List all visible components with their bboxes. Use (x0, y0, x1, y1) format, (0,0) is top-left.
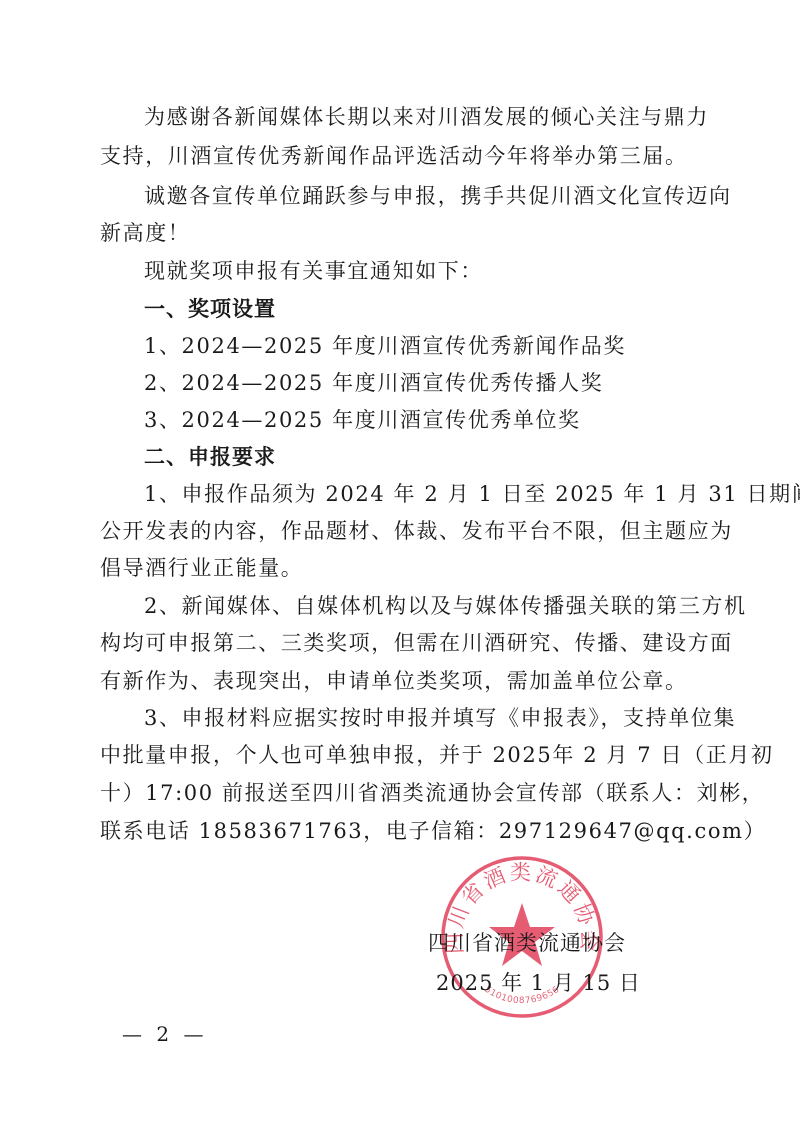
requirement-line: 3、申报材料应据实按时申报并填写《申报表》，支持单位集 (144, 705, 744, 731)
paragraph-notice-line: 现就奖项申报有关事宜通知如下： (144, 258, 744, 284)
signature-date: 2025 年 1 月 15 日 (436, 970, 641, 996)
signature-organization: 四川省酒类流通协会 (428, 930, 626, 956)
section-heading-awards: 一、奖项设置 (144, 296, 744, 322)
requirement-line: 联系电话 18583671763，电子信箱：297129647@qq.com） (100, 818, 700, 844)
requirement-line: 公开发表的内容，作品题材、体裁、发布平台不限，但主题应为 (100, 518, 700, 544)
award-item: 1、2024—2025 年度川酒宣传优秀新闻作品奖 (144, 333, 744, 359)
paragraph-invite-line: 新高度！ (100, 220, 700, 246)
award-item: 2、2024—2025 年度川酒宣传优秀传播人奖 (144, 370, 744, 396)
paragraph-invite-line: 诚邀各宣传单位踊跃参与申报，携手共促川酒文化宣传迈向 (144, 183, 744, 209)
requirement-line: 倡导酒行业正能量。 (100, 555, 700, 581)
document-page: 为感谢各新闻媒体长期以来对川酒发展的倾心关注与鼎力 支持，川酒宣传优秀新闻作品评… (0, 0, 800, 1132)
award-item: 3、2024—2025 年度川酒宣传优秀单位奖 (144, 407, 744, 433)
page-number: — 2 — (122, 1022, 207, 1046)
section-heading-requirements: 二、申报要求 (144, 444, 744, 470)
requirement-line: 中批量申报，个人也可单独申报，并于 2025年 2 月 7 日（正月初 (100, 742, 700, 768)
requirement-line: 构均可申报第二、三类奖项，但需在川酒研究、传播、建设方面 (100, 630, 700, 656)
paragraph-intro-line: 支持，川酒宣传优秀新闻作品评选活动今年将举办第三届。 (100, 143, 700, 169)
paragraph-intro-line: 为感谢各新闻媒体长期以来对川酒发展的倾心关注与鼎力 (144, 104, 744, 130)
requirement-line: 有新作为、表现突出，申请单位类奖项，需加盖单位公章。 (100, 668, 700, 694)
requirement-line: 2、新闻媒体、自媒体机构以及与媒体传播强关联的第三方机 (144, 593, 744, 619)
requirement-line: 十）17:00 前报送至四川省酒类流通协会宣传部（联系人：刘彬， (100, 780, 700, 806)
requirement-line: 1、申报作品须为 2024 年 2 月 1 日至 2025 年 1 月 31 日… (144, 481, 744, 507)
